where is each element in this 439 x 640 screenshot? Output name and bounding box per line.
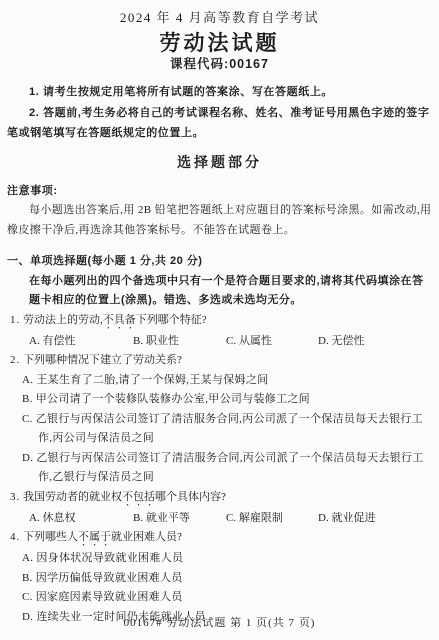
option-c: C. 乙银行与丙保洁公司签订了清洁服务合同,丙公司派了一个保洁员每天去银行工作,…: [22, 410, 432, 449]
question-4-number: 4.: [10, 531, 20, 543]
notes: 注意事项: 每小题选出答案后,用 2B 铅笔把答题纸上对应题目的答案标号涂黑。如…: [7, 182, 432, 241]
option-a: A. 因身体状况导致就业困难人员: [22, 549, 432, 569]
option-a: A. 休息权: [29, 509, 133, 529]
section-title: 选择题部分: [7, 153, 432, 173]
question-3: 3. 我国劳动者的就业权不包括哪个具体内容? A. 休息权 B. 就业平等 C.…: [7, 488, 432, 529]
question-3-number: 3.: [10, 491, 20, 503]
question-3-stem-post: 哪个具体内容?: [155, 491, 226, 503]
option-a: A. 王某生育了二胎,请了一个保姆,王某与保姆之间: [22, 371, 432, 391]
question-1-stem: 1. 劳动法上的劳动,不具备下列哪个特征?: [7, 311, 432, 332]
option-c: C. 因家庭因素导致就业困难人员: [22, 588, 432, 608]
option-c: C. 从属性: [226, 332, 318, 352]
option-b: B. 就业平等: [133, 509, 226, 529]
question-2-number: 2.: [10, 354, 20, 366]
general-instructions: 1. 请考生按规定用笔将所有试题的答案涂、写在答题纸上。 2. 答题前,考生务必…: [7, 83, 432, 144]
option-c: C. 解雇限制: [226, 509, 318, 529]
question-3-stem: 3. 我国劳动者的就业权不包括哪个具体内容?: [7, 488, 432, 509]
question-4-stem-pre: 下列哪些人: [23, 531, 78, 543]
question-3-stem-pre: 我国劳动者的就业权: [23, 491, 122, 503]
exam-paper-page: 2024 年 4 月高等教育自学考试 劳动法试题 课程代码:00167 1. 请…: [0, 0, 439, 640]
option-b: B. 甲公司请了一个装修队装修办公室,甲公司与装修工之间: [22, 390, 432, 410]
course-code: 课程代码:00167: [7, 55, 432, 75]
question-3-stem-emphasis: 不包括: [122, 491, 155, 503]
part-one-instructions: 在每小题列出的四个备选项中只有一个是符合题目要求的,请将其代码填涂在答题卡相应的…: [29, 272, 432, 311]
page-footer: 00167# 劳动法试题 第 1 页(共 7 页): [0, 614, 439, 634]
option-d: D. 就业促进: [318, 509, 432, 529]
general-instruction-1: 1. 请考生按规定用笔将所有试题的答案涂、写在答题纸上。: [7, 83, 432, 103]
option-a: A. 有偿性: [29, 332, 133, 352]
question-2: 2. 下列哪种情况下建立了劳动关系? A. 王某生育了二胎,请了一个保姆,王某与…: [7, 351, 432, 488]
notes-body: 每小题选出答案后,用 2B 铅笔把答题纸上对应题目的答案标号涂黑。如需改动,用橡…: [7, 201, 432, 240]
part-one-heading: 一、单项选择题(每小题 1 分,共 20 分): [7, 252, 432, 272]
question-2-stem: 2. 下列哪种情况下建立了劳动关系?: [7, 351, 432, 371]
question-2-stem-pre: 下列哪种情况下建立了劳动关系?: [23, 354, 182, 366]
exam-session: 2024 年 4 月高等教育自学考试: [7, 8, 432, 28]
question-4: 4. 下列哪些人不属于就业困难人员? A. 因身体状况导致就业困难人员 B. 因…: [7, 528, 432, 627]
question-1-stem-post: 下列哪个特征?: [136, 314, 207, 326]
general-instruction-2: 2. 答题前,考生务必将自己的考试课程名称、姓名、准考证号用黑色字迹的签字笔或钢…: [7, 104, 432, 143]
question-1-stem-emphasis: 不具备: [103, 314, 136, 326]
question-4-stem-emphasis: 不属于: [78, 531, 111, 543]
paper-title: 劳动法试题: [7, 34, 432, 54]
question-1-number: 1.: [10, 314, 20, 326]
question-1-options: A. 有偿性 B. 职业性 C. 从属性 D. 无偿性: [29, 332, 432, 352]
notes-label: 注意事项:: [7, 182, 432, 202]
question-1: 1. 劳动法上的劳动,不具备下列哪个特征? A. 有偿性 B. 职业性 C. 从…: [7, 311, 432, 352]
option-d: D. 无偿性: [318, 332, 432, 352]
question-3-options: A. 休息权 B. 就业平等 C. 解雇限制 D. 就业促进: [29, 509, 432, 529]
option-d: D. 乙银行与丙保洁公司签订了清洁服务合同,丙公司派了一个保洁员每天去银行工作,…: [22, 449, 432, 488]
question-2-options: A. 王某生育了二胎,请了一个保姆,王某与保姆之间 B. 甲公司请了一个装修队装…: [7, 371, 432, 488]
question-1-stem-pre: 劳动法上的劳动,: [23, 314, 103, 326]
question-4-stem: 4. 下列哪些人不属于就业困难人员?: [7, 528, 432, 549]
question-4-stem-post: 就业困难人员?: [111, 531, 182, 543]
option-b: B. 因学历偏低导致就业困难人员: [22, 569, 432, 589]
option-b: B. 职业性: [133, 332, 226, 352]
